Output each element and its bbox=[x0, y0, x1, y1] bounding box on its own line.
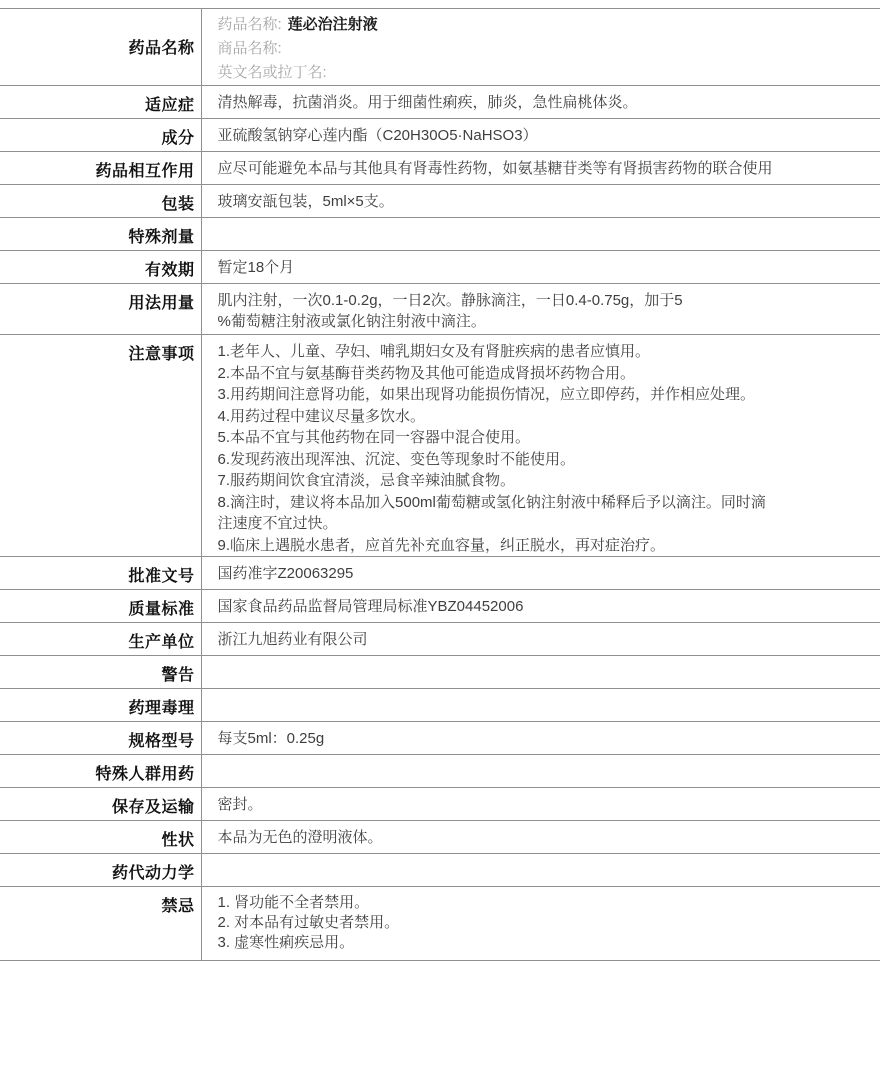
content-line: 应尽可能避免本品与其他具有肾毒性药物，如氨基糖苷类等有肾损害药物的联合使用 bbox=[218, 158, 871, 179]
table-row-ingredients: 成分 亚硫酸氢钠穿心莲内酯（C20H30O5·NaHSO3） bbox=[0, 119, 880, 152]
content-line: 每支5ml：0.25g bbox=[218, 728, 871, 749]
row-content-special-dosage bbox=[201, 218, 880, 251]
drug-info-table: 药品名称 药品名称:莲必治注射液 商品名称: 英文名或拉丁名: 适应症 清热解毒… bbox=[0, 8, 880, 961]
row-content-warning bbox=[201, 656, 880, 689]
table-row-packaging: 包装 玻璃安瓿包装，5ml×5支。 bbox=[0, 185, 880, 218]
content-line: 1. 肾功能不全者禁用。 bbox=[218, 893, 871, 913]
content-line: 国药准字Z20063295 bbox=[218, 563, 871, 584]
row-content-contraindications: 1. 肾功能不全者禁用。 2. 对本品有过敏史者禁用。 3. 虚寒性痢疾忌用。 bbox=[201, 887, 880, 961]
row-label-pharmacokinetics: 药代动力学 bbox=[0, 854, 201, 887]
row-label-contraindications: 禁忌 bbox=[0, 887, 201, 961]
row-content-ingredients: 亚硫酸氢钠穿心莲内酯（C20H30O5·NaHSO3） bbox=[201, 119, 880, 152]
content-line: 注速度不宜过快。 bbox=[218, 513, 871, 535]
row-content-pharmacology-toxicology bbox=[201, 689, 880, 722]
row-content-usage-dosage: 肌内注射，一次0.1-0.2g，一日2次。静脉滴注，一日0.4-0.75g，加于… bbox=[201, 284, 880, 335]
row-label-quality-standard: 质量标准 bbox=[0, 590, 201, 623]
row-content-approval-number: 国药准字Z20063295 bbox=[201, 557, 880, 590]
row-content-pharmacokinetics bbox=[201, 854, 880, 887]
table-row-approval-number: 批准文号 国药准字Z20063295 bbox=[0, 557, 880, 590]
table-row-drug-name: 药品名称 药品名称:莲必治注射液 商品名称: 英文名或拉丁名: bbox=[0, 9, 880, 86]
table-row-special-populations: 特殊人群用药 bbox=[0, 755, 880, 788]
row-content-indications: 清热解毒，抗菌消炎。用于细菌性痢疾，肺炎，急性扁桃体炎。 bbox=[201, 86, 880, 119]
table-row-manufacturer: 生产单位 浙江九旭药业有限公司 bbox=[0, 623, 880, 656]
row-label-special-populations: 特殊人群用药 bbox=[0, 755, 201, 788]
content-line: 浙江九旭药业有限公司 bbox=[218, 629, 871, 650]
field-name-label: 药品名称: bbox=[218, 16, 282, 33]
table-row-quality-standard: 质量标准 国家食品药品监督局管理局标准YBZ04452006 bbox=[0, 590, 880, 623]
english-name-field: 英文名或拉丁名: bbox=[218, 61, 871, 85]
content-line: 本品为无色的澄明液体。 bbox=[218, 827, 871, 848]
row-label-usage-dosage: 用法用量 bbox=[0, 284, 201, 335]
row-label-packaging: 包装 bbox=[0, 185, 201, 218]
row-label-pharmacology-toxicology: 药理毒理 bbox=[0, 689, 201, 722]
row-content-drug-name: 药品名称:莲必治注射液 商品名称: 英文名或拉丁名: bbox=[201, 9, 880, 86]
content-line: 国家食品药品监督局管理局标准YBZ04452006 bbox=[218, 596, 871, 617]
row-content-specification: 每支5ml：0.25g bbox=[201, 722, 880, 755]
content-line: 亚硫酸氢钠穿心莲内酯（C20H30O5·NaHSO3） bbox=[218, 125, 871, 146]
content-line: %葡萄糖注射液或氯化钠注射液中滴注。 bbox=[218, 311, 871, 332]
row-label-indications: 适应症 bbox=[0, 86, 201, 119]
table-row-contraindications: 禁忌 1. 肾功能不全者禁用。 2. 对本品有过敏史者禁用。 3. 虚寒性痢疾忌… bbox=[0, 887, 880, 961]
row-content-packaging: 玻璃安瓿包装，5ml×5支。 bbox=[201, 185, 880, 218]
row-label-validity: 有效期 bbox=[0, 251, 201, 284]
content-line: 4.用药过程中建议尽量多饮水。 bbox=[218, 406, 871, 428]
content-line: 1.老年人、儿童、孕妇、哺乳期妇女及有肾脏疾病的患者应慎用。 bbox=[218, 341, 871, 363]
field-name-label: 商品名称: bbox=[218, 40, 282, 57]
row-label-drug-name: 药品名称 bbox=[0, 9, 201, 86]
row-content-validity: 暂定18个月 bbox=[201, 251, 880, 284]
trade-name-field: 商品名称: bbox=[218, 37, 871, 61]
content-line: 密封。 bbox=[218, 794, 871, 815]
row-content-special-populations bbox=[201, 755, 880, 788]
row-label-warning: 警告 bbox=[0, 656, 201, 689]
row-label-manufacturer: 生产单位 bbox=[0, 623, 201, 656]
row-content-properties: 本品为无色的澄明液体。 bbox=[201, 821, 880, 854]
content-line: 9.临床上遇脱水患者，应首先补充血容量，纠正脱水，再对症治疗。 bbox=[218, 535, 871, 557]
table-row-precautions: 注意事项 1.老年人、儿童、孕妇、哺乳期妇女及有肾脏疾病的患者应慎用。 2.本品… bbox=[0, 335, 880, 557]
content-line: 清热解毒，抗菌消炎。用于细菌性痢疾，肺炎，急性扁桃体炎。 bbox=[218, 92, 871, 113]
row-content-interactions: 应尽可能避免本品与其他具有肾毒性药物，如氨基糖苷类等有肾损害药物的联合使用 bbox=[201, 152, 880, 185]
row-content-storage-transport: 密封。 bbox=[201, 788, 880, 821]
row-content-precautions: 1.老年人、儿童、孕妇、哺乳期妇女及有肾脏疾病的患者应慎用。 2.本品不宜与氨基… bbox=[201, 335, 880, 557]
content-line: 3. 虚寒性痢疾忌用。 bbox=[218, 933, 871, 953]
content-line: 玻璃安瓿包装，5ml×5支。 bbox=[218, 191, 871, 212]
content-line: 肌内注射，一次0.1-0.2g，一日2次。静脉滴注，一日0.4-0.75g，加于… bbox=[218, 290, 871, 311]
content-line: 3.用药期间注意肾功能，如果出现肾功能损伤情况，应立即停药，并作相应处理。 bbox=[218, 384, 871, 406]
row-content-manufacturer: 浙江九旭药业有限公司 bbox=[201, 623, 880, 656]
drug-name-value: 莲必治注射液 bbox=[288, 16, 378, 33]
content-line: 8.滴注时，建议将本品加入500ml葡萄糖或氢化钠注射液中稀释后予以滴注。同时滴 bbox=[218, 492, 871, 514]
table-row-specification: 规格型号 每支5ml：0.25g bbox=[0, 722, 880, 755]
table-row-interactions: 药品相互作用 应尽可能避免本品与其他具有肾毒性药物，如氨基糖苷类等有肾损害药物的… bbox=[0, 152, 880, 185]
row-label-specification: 规格型号 bbox=[0, 722, 201, 755]
drug-name-field: 药品名称:莲必治注射液 bbox=[218, 13, 871, 37]
content-line: 5.本品不宜与其他药物在同一容器中混合使用。 bbox=[218, 427, 871, 449]
row-label-special-dosage: 特殊剂量 bbox=[0, 218, 201, 251]
table-row-pharmacokinetics: 药代动力学 bbox=[0, 854, 880, 887]
row-label-interactions: 药品相互作用 bbox=[0, 152, 201, 185]
table-row-warning: 警告 bbox=[0, 656, 880, 689]
table-row-indications: 适应症 清热解毒，抗菌消炎。用于细菌性痢疾，肺炎，急性扁桃体炎。 bbox=[0, 86, 880, 119]
table-row-special-dosage: 特殊剂量 bbox=[0, 218, 880, 251]
row-label-precautions: 注意事项 bbox=[0, 335, 201, 557]
row-label-properties: 性状 bbox=[0, 821, 201, 854]
table-row-validity: 有效期 暂定18个月 bbox=[0, 251, 880, 284]
field-name-label: 英文名或拉丁名: bbox=[218, 64, 327, 81]
table-row-storage-transport: 保存及运输 密封。 bbox=[0, 788, 880, 821]
content-line: 2.本品不宜与氨基酶苷类药物及其他可能造成肾损坏药物合用。 bbox=[218, 363, 871, 385]
table-row-pharmacology-toxicology: 药理毒理 bbox=[0, 689, 880, 722]
content-line: 2. 对本品有过敏史者禁用。 bbox=[218, 913, 871, 933]
table-row-usage-dosage: 用法用量 肌内注射，一次0.1-0.2g，一日2次。静脉滴注，一日0.4-0.7… bbox=[0, 284, 880, 335]
row-content-quality-standard: 国家食品药品监督局管理局标准YBZ04452006 bbox=[201, 590, 880, 623]
row-label-storage-transport: 保存及运输 bbox=[0, 788, 201, 821]
row-label-approval-number: 批准文号 bbox=[0, 557, 201, 590]
table-row-properties: 性状 本品为无色的澄明液体。 bbox=[0, 821, 880, 854]
row-label-ingredients: 成分 bbox=[0, 119, 201, 152]
content-line: 6.发现药液出现浑浊、沉淀、变色等现象时不能使用。 bbox=[218, 449, 871, 471]
content-line: 7.服药期间饮食宜清淡，忌食辛辣油腻食物。 bbox=[218, 470, 871, 492]
content-line: 暂定18个月 bbox=[218, 257, 871, 278]
